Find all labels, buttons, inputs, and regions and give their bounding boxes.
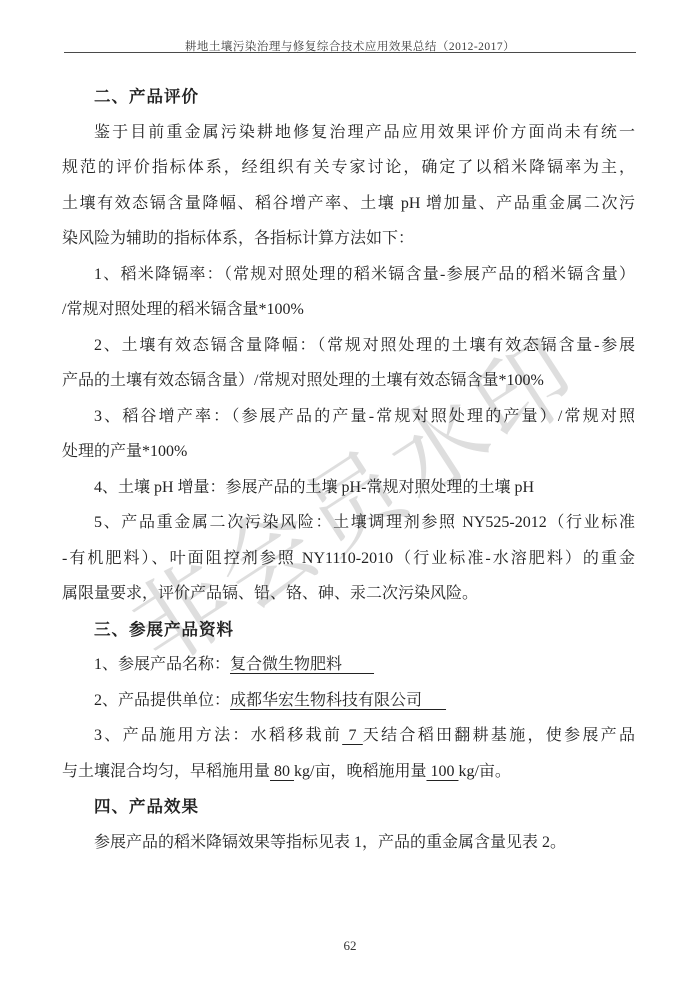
text-segment: 四、产品效果	[94, 797, 199, 816]
text-line: 2、土壤有效态镉含量降幅：（常规对照处理的土壤有效态镉含量-参展	[62, 328, 635, 364]
text-segment: 三、参展产品资料	[94, 620, 234, 639]
form-blank-value: 成都华宏生物科技有限公司	[230, 692, 446, 709]
text-segment: 产品的土壤有效态镉含量）/常规对照处理的土壤有效态镉含量*100%	[62, 372, 544, 389]
text-segment: 规范的评价指标体系，经组织有关专家讨论，确定了以稻米降镉率为主，	[62, 159, 635, 176]
text-segment: 5、产品重金属二次污染风险：土壤调理剂参照 NY525-2012（行业标准	[94, 514, 635, 531]
text-segment: 2、产品提供单位：	[94, 692, 230, 709]
text-line: 3、稻谷增产率：（参展产品的产量-常规对照处理的产量）/常规对照	[62, 399, 635, 435]
text-line: 1、参展产品名称：复合微生物肥料	[62, 647, 635, 683]
text-segment: -有机肥料）、叶面阻控剂参照 NY1110-2010（行业标准-水溶肥料）的重金	[62, 550, 635, 567]
text-segment: 染风险为辅助的指标体系，各指标计算方法如下：	[62, 230, 414, 247]
text-segment: 属限量要求，评价产品镉、铅、铬、砷、汞二次污染风险。	[62, 585, 478, 602]
text-segment: 鉴于目前重金属污染耕地修复治理产品应用效果评价方面尚未有统一	[94, 124, 635, 141]
text-line: -有机肥料）、叶面阻控剂参照 NY1110-2010（行业标准-水溶肥料）的重金	[62, 541, 635, 577]
text-segment: 二、产品评价	[94, 87, 199, 106]
form-blank-value: 7	[342, 727, 363, 744]
text-segment: 2、土壤有效态镉含量降幅：（常规对照处理的土壤有效态镉含量-参展	[94, 337, 635, 354]
text-segment: /常规对照处理的稻米镉含量*100%	[62, 301, 304, 318]
text-line: 与土壤混合均匀，早稻施用量 80 kg/亩，晚稻施用量 100 kg/亩。	[62, 754, 635, 790]
text-line: 产品的土壤有效态镉含量）/常规对照处理的土壤有效态镉含量*100%	[62, 363, 635, 399]
text-segment: 天结合稻田翻耕基施，使参展产品	[363, 727, 635, 744]
text-line: 3、产品施用方法：水稻移栽前 7 天结合稻田翻耕基施，使参展产品	[62, 718, 635, 754]
text-line: 染风险为辅助的指标体系，各指标计算方法如下：	[62, 221, 635, 257]
text-segment: 1、参展产品名称：	[94, 656, 230, 673]
text-line: 鉴于目前重金属污染耕地修复治理产品应用效果评价方面尚未有统一	[62, 115, 635, 151]
text-segment: kg/亩，晚稻施用量	[294, 763, 426, 780]
text-line: 5、产品重金属二次污染风险：土壤调理剂参照 NY525-2012（行业标准	[62, 505, 635, 541]
text-segment: 4、土壤 pH 增量：参展产品的土壤 pH-常规对照处理的土壤 pH	[94, 479, 534, 496]
text-line: 土壤有效态镉含量降幅、稻谷增产率、土壤 pH 增加量、产品重金属二次污	[62, 186, 635, 222]
header-rule	[64, 52, 636, 53]
form-blank-value: 复合微生物肥料	[230, 656, 374, 673]
text-line: 1、稻米降镉率：（常规对照处理的稻米镉含量-参展产品的稻米镉含量）	[62, 257, 635, 293]
text-segment: 1、稻米降镉率：（常规对照处理的稻米镉含量-参展产品的稻米镉含量）	[94, 266, 635, 283]
section-heading: 二、产品评价	[62, 79, 635, 115]
section-heading: 三、参展产品资料	[62, 612, 635, 648]
section-heading: 四、产品效果	[62, 789, 635, 825]
text-segment: kg/亩。	[458, 763, 510, 780]
text-line: 参展产品的稻米降镉效果等指标见表 1，产品的重金属含量见表 2。	[62, 825, 635, 861]
text-segment: 3、稻谷增产率：（参展产品的产量-常规对照处理的产量）/常规对照	[94, 408, 635, 425]
form-blank-value: 100	[426, 763, 458, 780]
text-segment: 处理的产量*100%	[62, 443, 187, 460]
text-line: 4、土壤 pH 增量：参展产品的土壤 pH-常规对照处理的土壤 pH	[62, 470, 635, 506]
form-blank-value: 80	[270, 763, 294, 780]
page-number: 62	[0, 938, 700, 954]
text-segment: 参展产品的稻米降镉效果等指标见表 1，产品的重金属含量见表 2。	[94, 834, 566, 851]
text-segment: 与土壤混合均匀，早稻施用量	[62, 763, 270, 780]
text-segment: 土壤有效态镉含量降幅、稻谷增产率、土壤 pH 增加量、产品重金属二次污	[62, 195, 635, 212]
text-line: 属限量要求，评价产品镉、铅、铬、砷、汞二次污染风险。	[62, 576, 635, 612]
text-line: /常规对照处理的稻米镉含量*100%	[62, 292, 635, 328]
text-segment: 3、产品施用方法：水稻移栽前	[94, 727, 342, 744]
document-body: 二、产品评价鉴于目前重金属污染耕地修复治理产品应用效果评价方面尚未有统一规范的评…	[62, 79, 635, 860]
text-line: 规范的评价指标体系，经组织有关专家讨论，确定了以稻米降镉率为主，	[62, 150, 635, 186]
document-page: 耕地土壤污染治理与修复综合技术应用效果总结（2012-2017） 非会员水印 二…	[0, 0, 700, 990]
text-line: 2、产品提供单位：成都华宏生物科技有限公司	[62, 683, 635, 719]
text-line: 处理的产量*100%	[62, 434, 635, 470]
